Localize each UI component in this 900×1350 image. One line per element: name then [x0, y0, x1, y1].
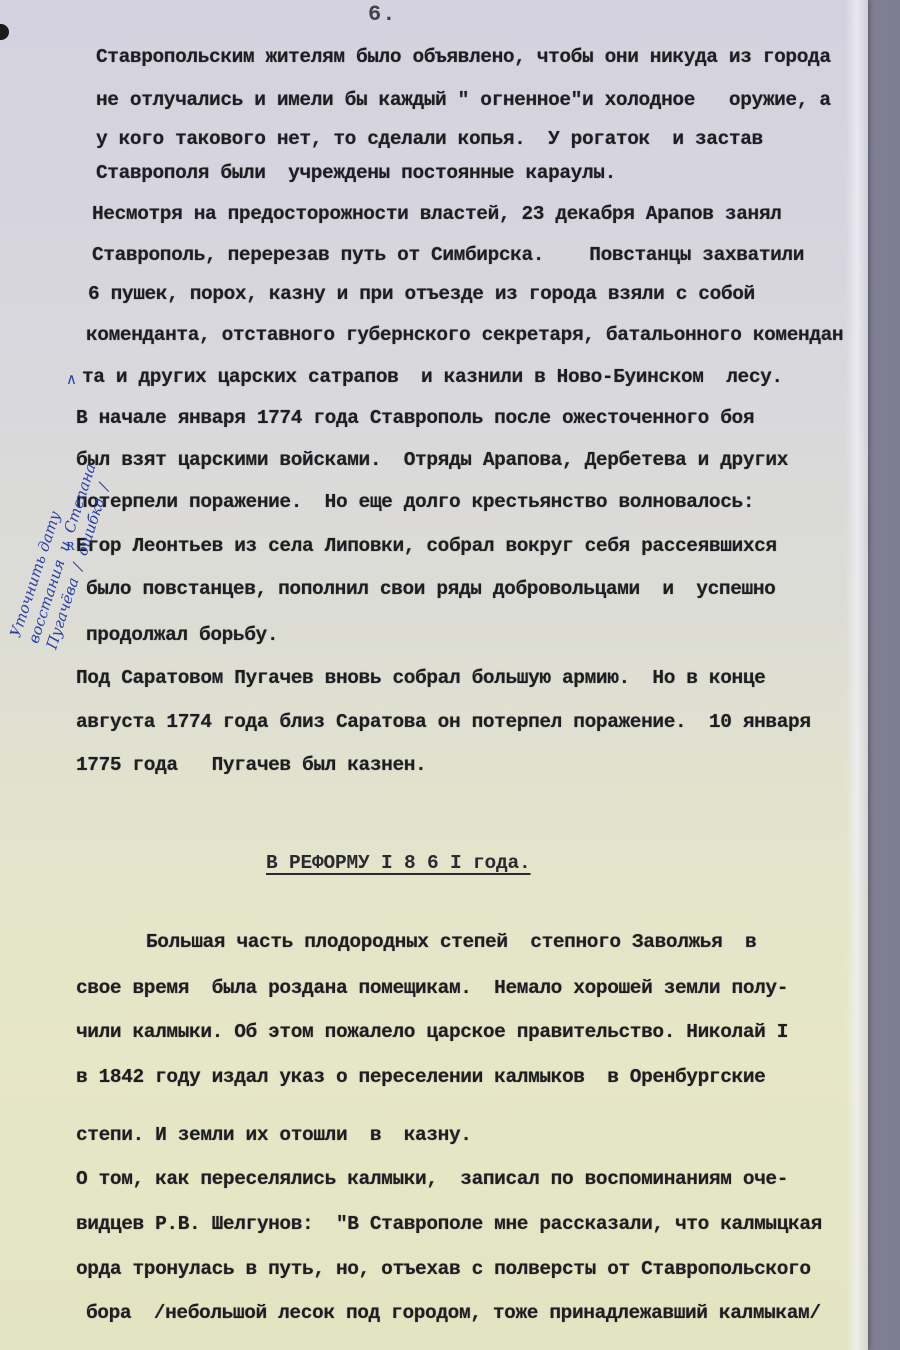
- text-line: потерпели поражение. Но еще долго кресть…: [76, 491, 754, 513]
- text-line: видцев Р.В. Шелгунов: "В Ставрополе мне …: [76, 1213, 822, 1235]
- text-line: Большая часть плодородных степей степног…: [146, 931, 756, 953]
- text-line: августа 1774 года близ Саратова он потер…: [76, 711, 811, 733]
- margin-caret-icon: ʀ: [66, 536, 75, 554]
- text-line: чили калмыки. Об этом пожалело царское п…: [76, 1021, 788, 1043]
- handwritten-margin-note: Уточнить дату восстания и Степана Пугачё…: [6, 415, 131, 651]
- text-line: у кого такового нет, то сделали копья. У…: [96, 128, 763, 150]
- text-line: орда тронулась в путь, но, отъехав с пол…: [76, 1258, 811, 1280]
- text-line: Ставрополь, перерезав путь от Симбирска.…: [92, 244, 804, 266]
- section-heading: В РЕФОРМУ I 8 6 I года.: [266, 852, 531, 874]
- text-line: продолжал борьбу.: [86, 624, 278, 646]
- text-line: 6 пушек, порох, казну и при отъезде из г…: [88, 283, 755, 305]
- text-line: коменданта, отставного губернского секре…: [86, 324, 843, 346]
- text-line: Егор Леонтьев из села Липовки, собрал во…: [76, 535, 777, 557]
- text-line: Ставропольским жителям было объявлено, ч…: [96, 46, 831, 68]
- page-number: 6.: [368, 2, 396, 27]
- text-line: Под Саратовом Пугачев вновь собрал больш…: [76, 667, 765, 689]
- page-edge-highlight: [846, 0, 868, 1350]
- text-line: 1775 года Пугачев был казнен.: [76, 754, 426, 776]
- text-line: свое время была роздана помещикам. Немал…: [76, 977, 788, 999]
- text-line: было повстанцев, пополнил свои ряды добр…: [86, 578, 775, 600]
- text-line: не отлучались и имели бы каждый " огненн…: [96, 89, 831, 111]
- text-line: степи. И земли их отошли в казну.: [76, 1124, 472, 1146]
- text-line: Несмотря на предосторожности властей, 23…: [92, 203, 781, 225]
- text-line: в 1842 году издал указ о переселении кал…: [76, 1066, 765, 1088]
- text-line: В начале января 1774 года Ставрополь пос…: [76, 407, 754, 429]
- text-line: О том, как переселялись калмыки, записал…: [76, 1168, 788, 1190]
- binder-hole: [0, 24, 9, 40]
- margin-caret-icon: ∧: [66, 370, 77, 388]
- document-page: 6. Ставропольским жителям было объявлено…: [0, 0, 868, 1350]
- text-line: бора /небольшой лесок под городом, тоже …: [86, 1302, 821, 1324]
- text-line: та и других царских сатрапов и казнили в…: [82, 366, 783, 388]
- text-line: был взят царскими войсками. Отряды Арапо…: [76, 449, 788, 471]
- text-line: Ставрополя были учреждены постоянные кар…: [96, 162, 616, 184]
